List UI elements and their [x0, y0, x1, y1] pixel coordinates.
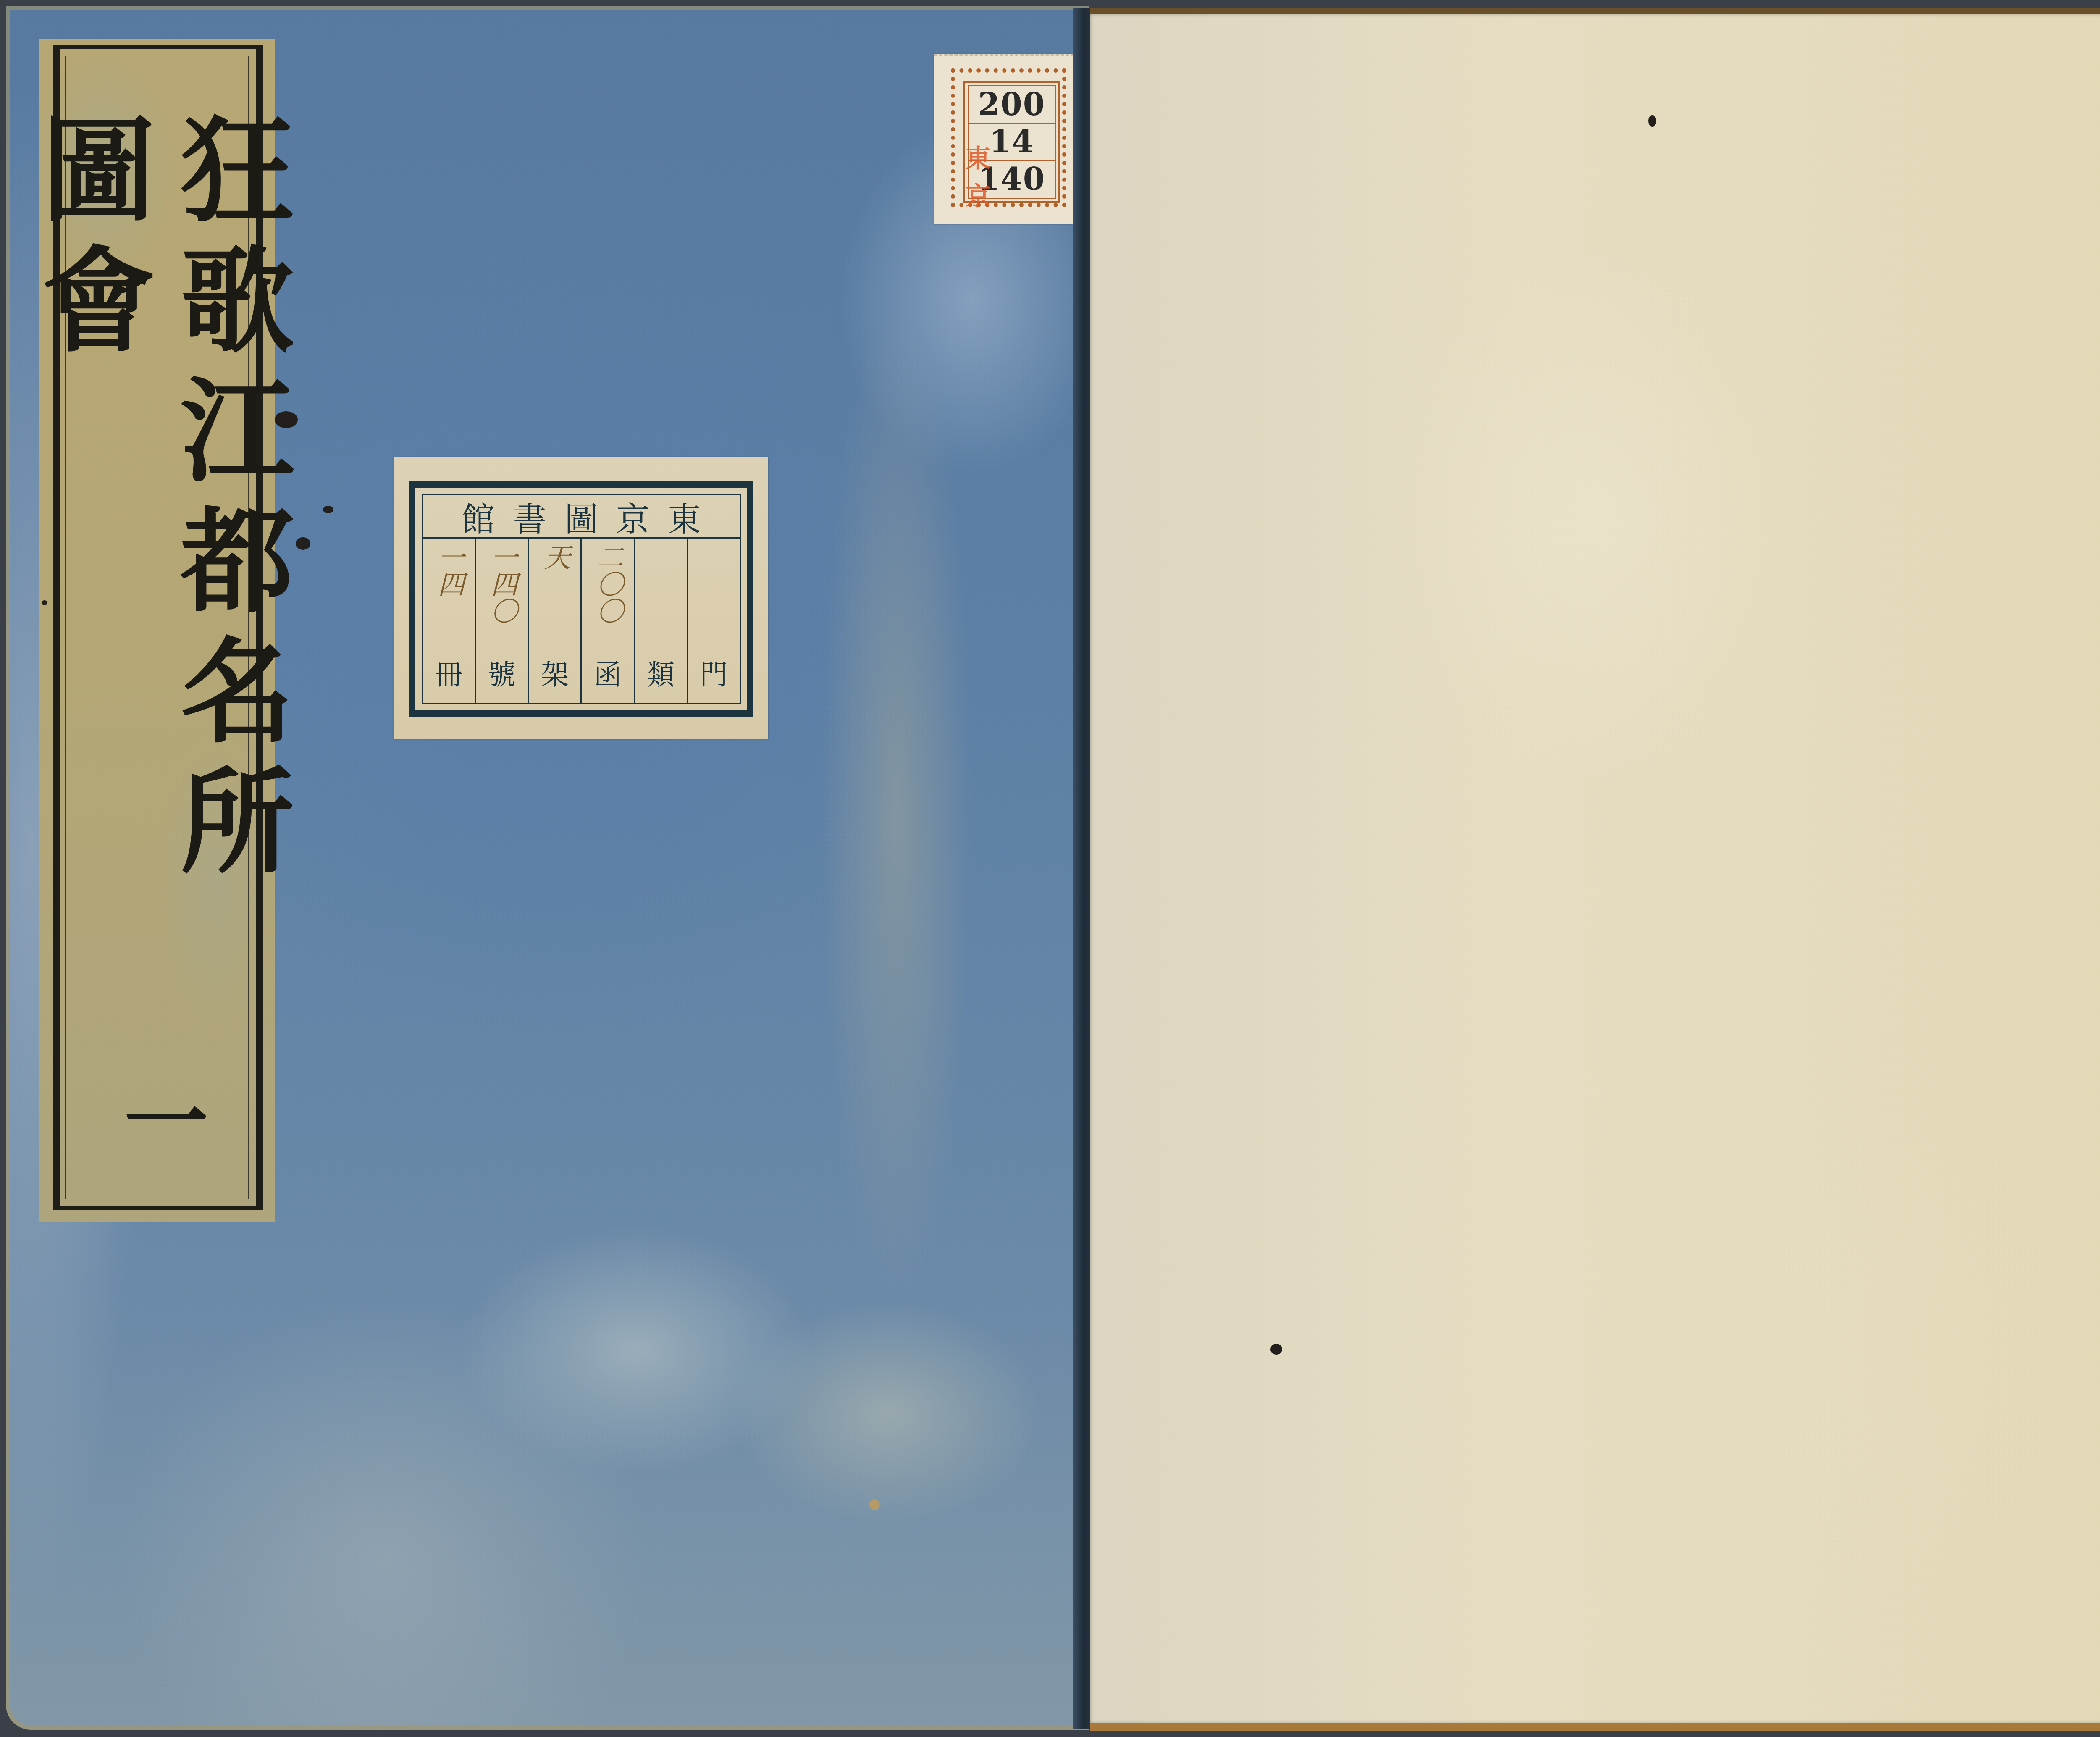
field-value: 一四〇 [476, 544, 528, 644]
field-key: 號 [476, 652, 528, 692]
field-key: 架 [529, 652, 580, 692]
field-rui: 類 [634, 539, 687, 703]
field-satsu: 一四 冊 [423, 539, 475, 703]
ink-spot [275, 411, 298, 428]
field-value [688, 544, 740, 644]
wormhole [869, 1499, 880, 1510]
book-title: 狂歌江都名所圖會 [90, 111, 228, 951]
ink-spot [42, 600, 47, 605]
field-key: 函 [582, 652, 633, 692]
red-seal-stamp: 東京 [959, 140, 997, 178]
ink-spot [1648, 115, 1656, 127]
field-key: 門 [688, 652, 740, 692]
library-label-frame: 東 京 圖 書 館 門 類 二〇〇 [409, 481, 753, 717]
first-blank-page [1090, 8, 2100, 1731]
field-go: 一四〇 號 [475, 539, 528, 703]
field-key: 冊 [423, 652, 475, 692]
field-value: 天 [529, 544, 580, 644]
field-value [635, 544, 687, 644]
title-slip: 狂歌江都名所圖會 一 [39, 39, 275, 1222]
library-name-char: 圖 [564, 492, 598, 541]
library-name-char: 京 [616, 492, 650, 541]
field-ka: 天 架 [528, 539, 580, 703]
field-value: 一四 [423, 544, 475, 644]
library-label: 東 京 圖 書 館 門 類 二〇〇 [394, 457, 768, 739]
library-label-fields: 門 類 二〇〇 函 天 架 一四〇 [423, 539, 740, 703]
ink-spot [323, 506, 333, 513]
book-front-cover: 狂歌江都名所圖會 一 東 京 圖 書 館 門 [6, 6, 1089, 1730]
call-number-row: 200 [969, 86, 1055, 123]
field-value: 二〇〇 [582, 544, 633, 644]
ink-spot [1270, 1344, 1282, 1355]
ink-spot [296, 537, 310, 550]
library-label-inner: 東 京 圖 書 館 門 類 二〇〇 [422, 494, 741, 704]
field-key: 類 [635, 652, 687, 692]
library-name: 東 京 圖 書 館 [423, 495, 740, 539]
library-name-char: 東 [668, 492, 701, 541]
field-mon: 門 [687, 539, 740, 703]
volume-number: 一 [90, 1060, 228, 1178]
library-name-char: 書 [513, 492, 546, 541]
call-number-sticker: 200 14 140 東京 [934, 54, 1089, 224]
field-kan: 二〇〇 函 [580, 539, 633, 703]
library-name-char: 館 [461, 492, 495, 541]
